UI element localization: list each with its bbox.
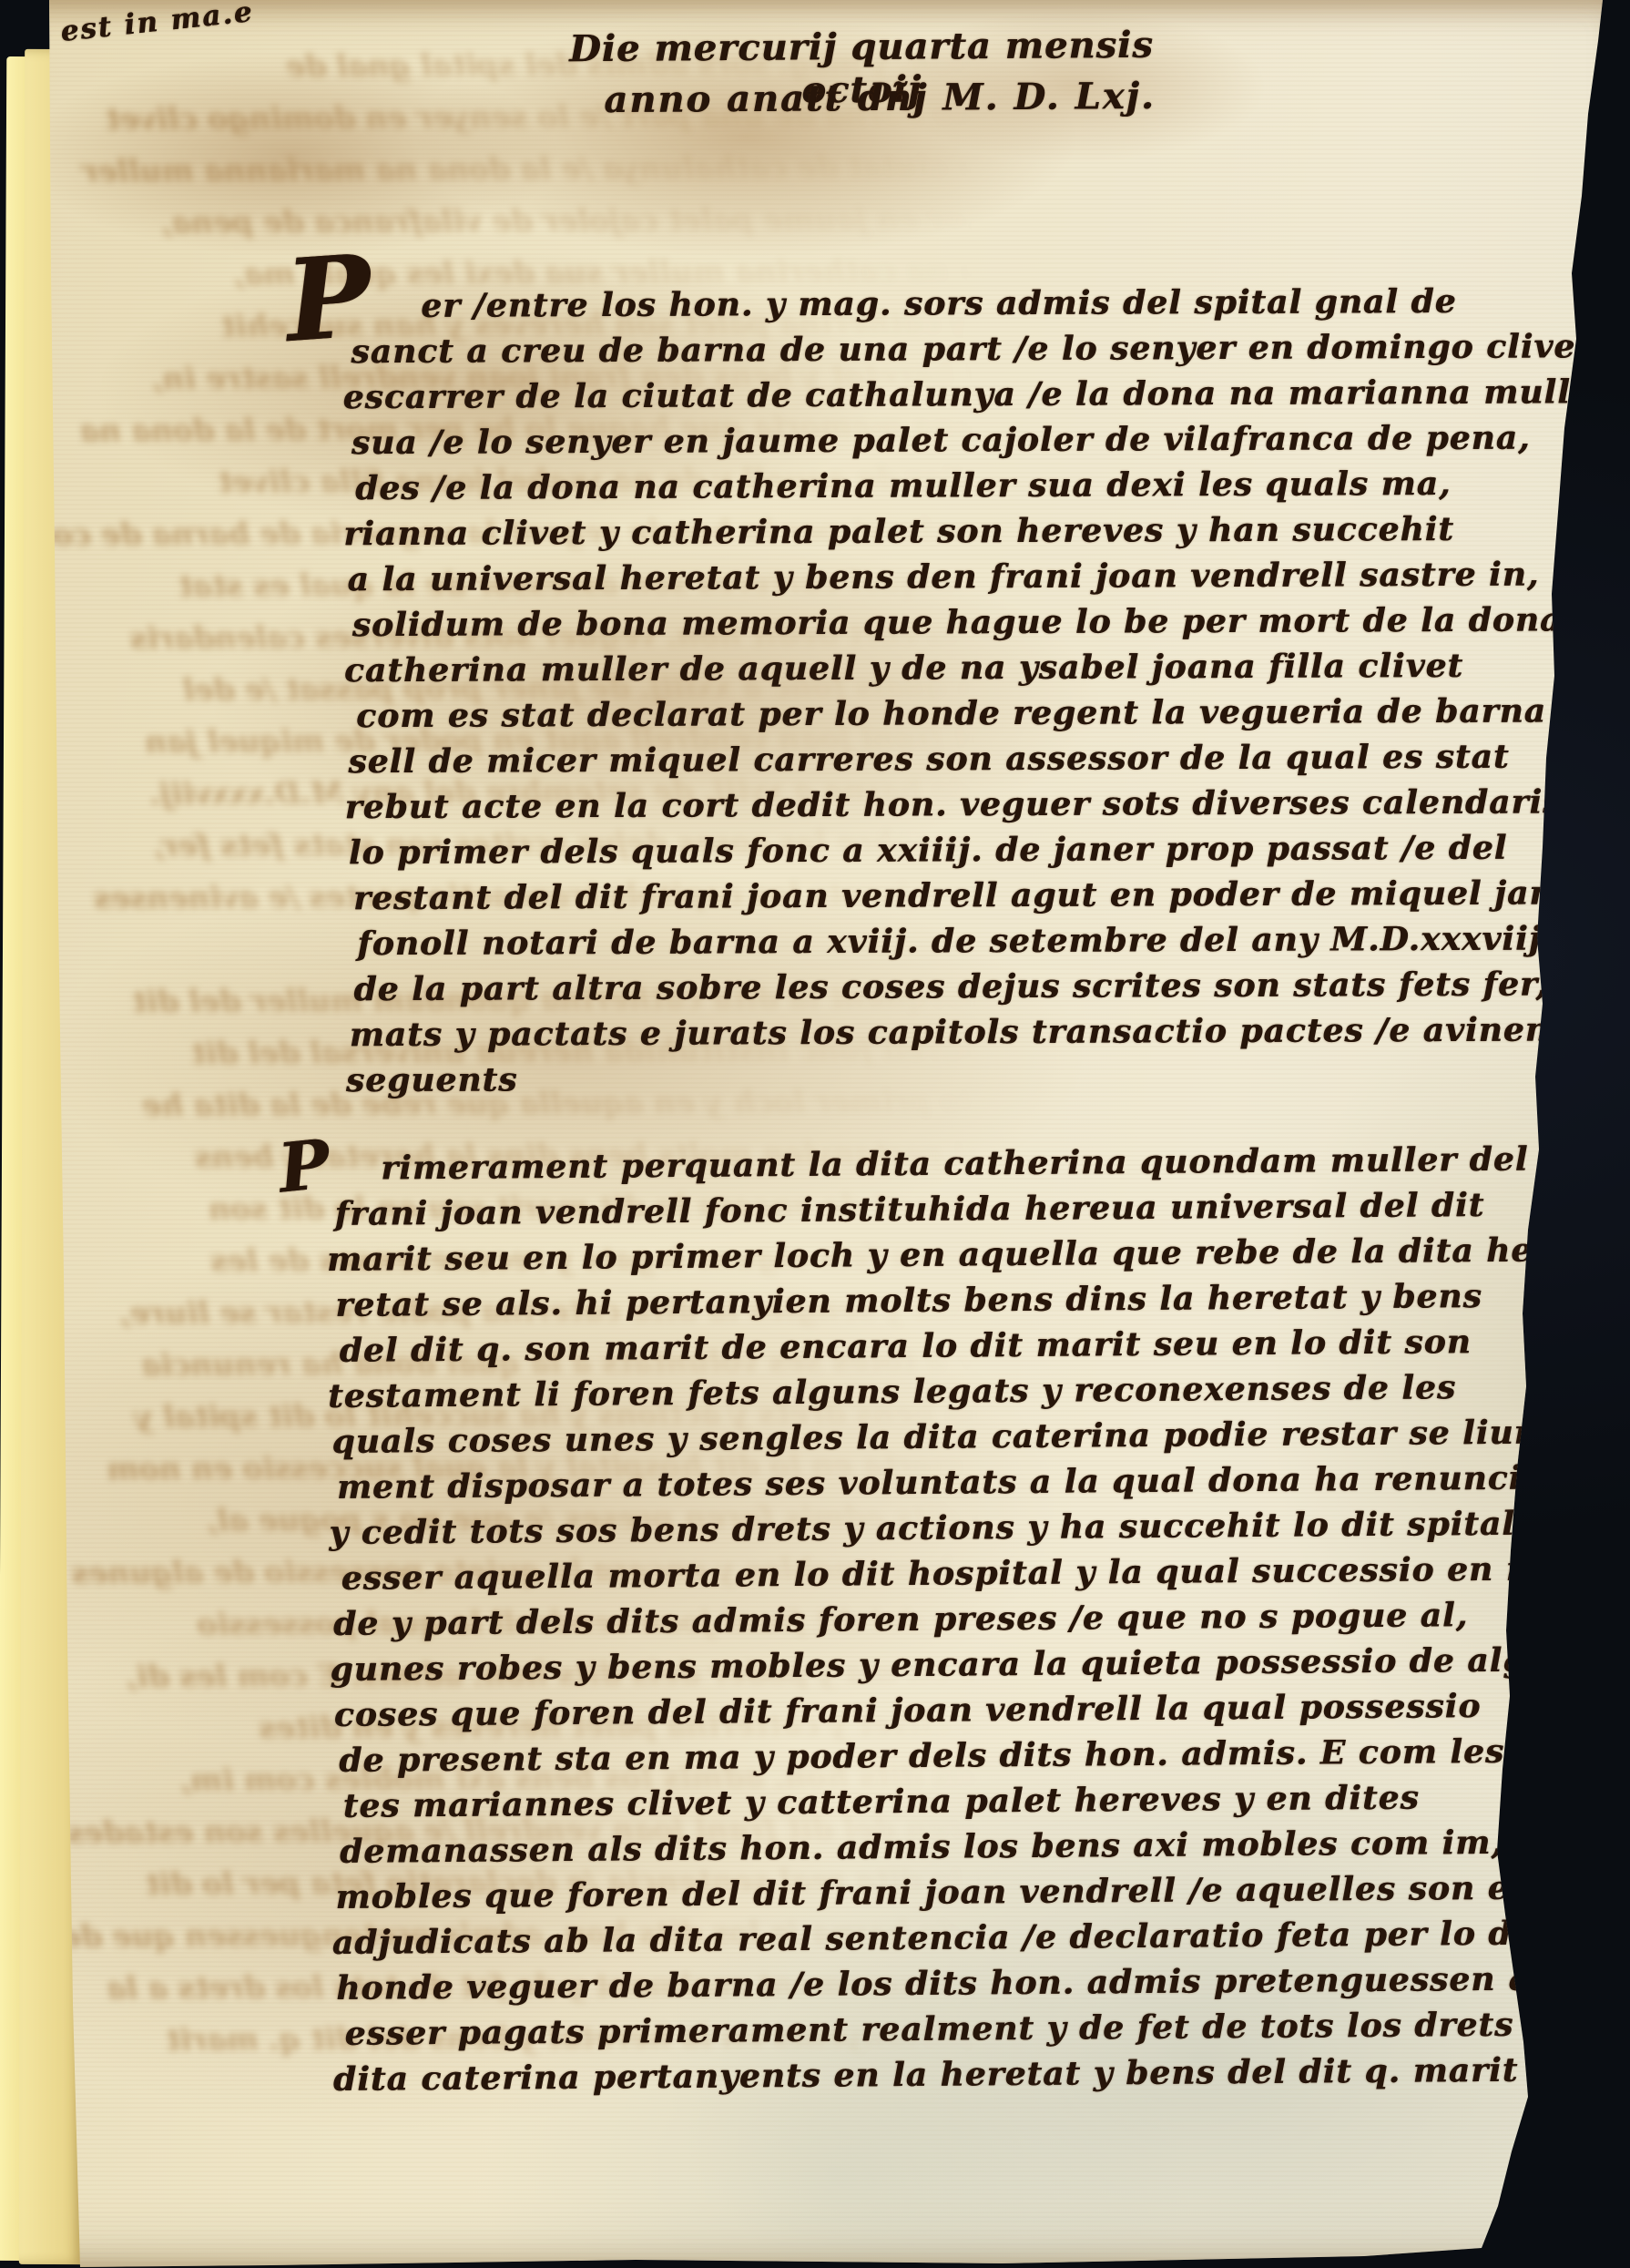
manuscript-line: des /e la dona na catherina muller sua d… [355,460,1630,511]
manuscript-line: sua /e lo senyer en jaume palet cajoler … [351,414,1630,465]
manuscript-line: a la universal heretat y bens den frani … [347,551,1630,602]
manuscript-line: mats y pactats e jurats los capitols tra… [350,1006,1630,1057]
manuscript-line: seguents [346,1052,1630,1103]
manuscript-line: escarrer de la ciutat de cathalunya /e l… [342,369,1630,420]
heading-year-line: anno anatt dñj M. D. Lxj. [561,75,1198,122]
photograph-background: { "document": { "kind": "16th-century no… [0,0,1630,2268]
verso-line: escarrer de la ciutat de cathalunya /e l… [34,139,1190,198]
manuscript-line: rianna clivet y catherina palet son here… [343,506,1630,557]
manuscript-line: rebut acte en la cort dedit hon. veguer … [344,779,1630,830]
manuscript-line: solidum de bona memoria que hague lo be … [352,597,1630,648]
manuscript-line: lo primer dels quals fonc a xxiiij. de j… [349,824,1630,875]
paragraph-first-chapter: rimerament perquant la dita catherina qu… [330,1135,1630,2102]
manuscript-line: fonoll notari de barna a xviij. de setem… [357,915,1630,966]
manuscript-line: catherina muller de aquell y de na ysabe… [344,642,1630,693]
manuscript-line: de la part altra sobre les coses dejus s… [353,961,1630,1012]
manuscript-line: er /entre los hon. y mag. sors admis del… [421,278,1630,329]
manuscript-line: sanct a creu de barna de una part /e lo … [351,323,1630,374]
manuscript-line: dita caterina pertanyents en la heretat … [333,2046,1630,2102]
paragraph-preamble: er /entre los hon. y mag. sors admis del… [346,278,1630,1103]
manuscript-line: restant del dit frani joan vendrell agut… [353,870,1630,921]
manuscript-line: sell de micer miquel carreres son assess… [348,733,1630,784]
manuscript-page: er /entre los hon. y mag. sors admis del… [0,0,1630,2268]
drop-cap-initial: P [275,1125,333,1208]
manuscript-line: com es stat declarat per lo honde regent… [356,688,1630,739]
verso-line: sua /e lo senyer en jaume palet cajoler … [34,191,1190,250]
